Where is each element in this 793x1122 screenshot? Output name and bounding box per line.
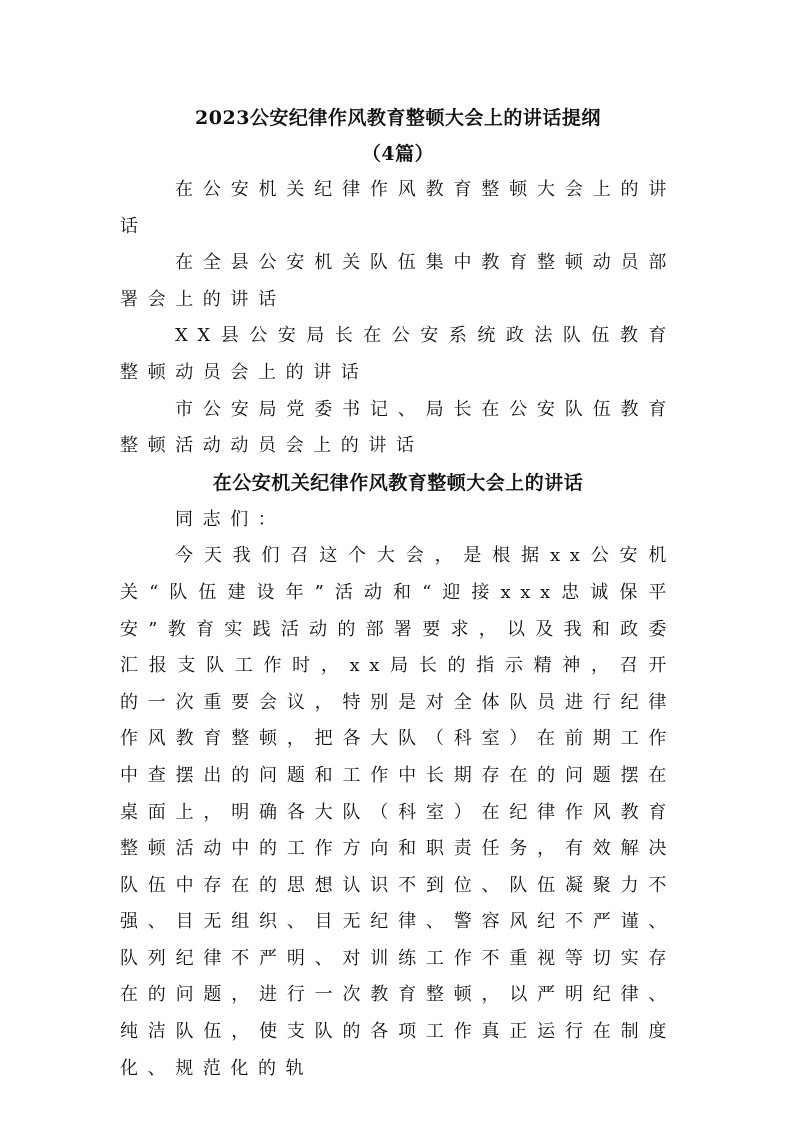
toc-item: 在全县公安机关队伍集中教育整顿动员部署会上的讲话 [120,245,676,318]
body-paragraph: 今天我们召这个大会，是根据xx公安机关“队伍建设年”活动和“迎接xxx忠诚保平安… [120,538,676,1087]
document-subtitle-count: （4篇） [120,136,676,172]
document-page: 2023公安纪律作风教育整顿大会上的讲话提纲 （4篇） 在公安机关纪律作风教育整… [0,0,793,1122]
table-of-contents: 在公安机关纪律作风教育整顿大会上的讲话 在全县公安机关队伍集中教育整顿动员部署会… [120,172,676,465]
toc-item: 在公安机关纪律作风教育整顿大会上的讲话 [120,172,676,245]
toc-item: 市公安局党委书记、局长在公安队伍教育整顿活动动员会上的讲话 [120,392,676,465]
toc-item: XX县公安局长在公安系统政法队伍教育整顿动员会上的讲话 [120,318,676,391]
document-content: 2023公安纪律作风教育整顿大会上的讲话提纲 （4篇） 在公安机关纪律作风教育整… [120,100,676,1087]
salutation: 同志们： [120,502,676,539]
document-title: 2023公安纪律作风教育整顿大会上的讲话提纲 [120,100,676,136]
section-title: 在公安机关纪律作风教育整顿大会上的讲话 [120,465,676,502]
